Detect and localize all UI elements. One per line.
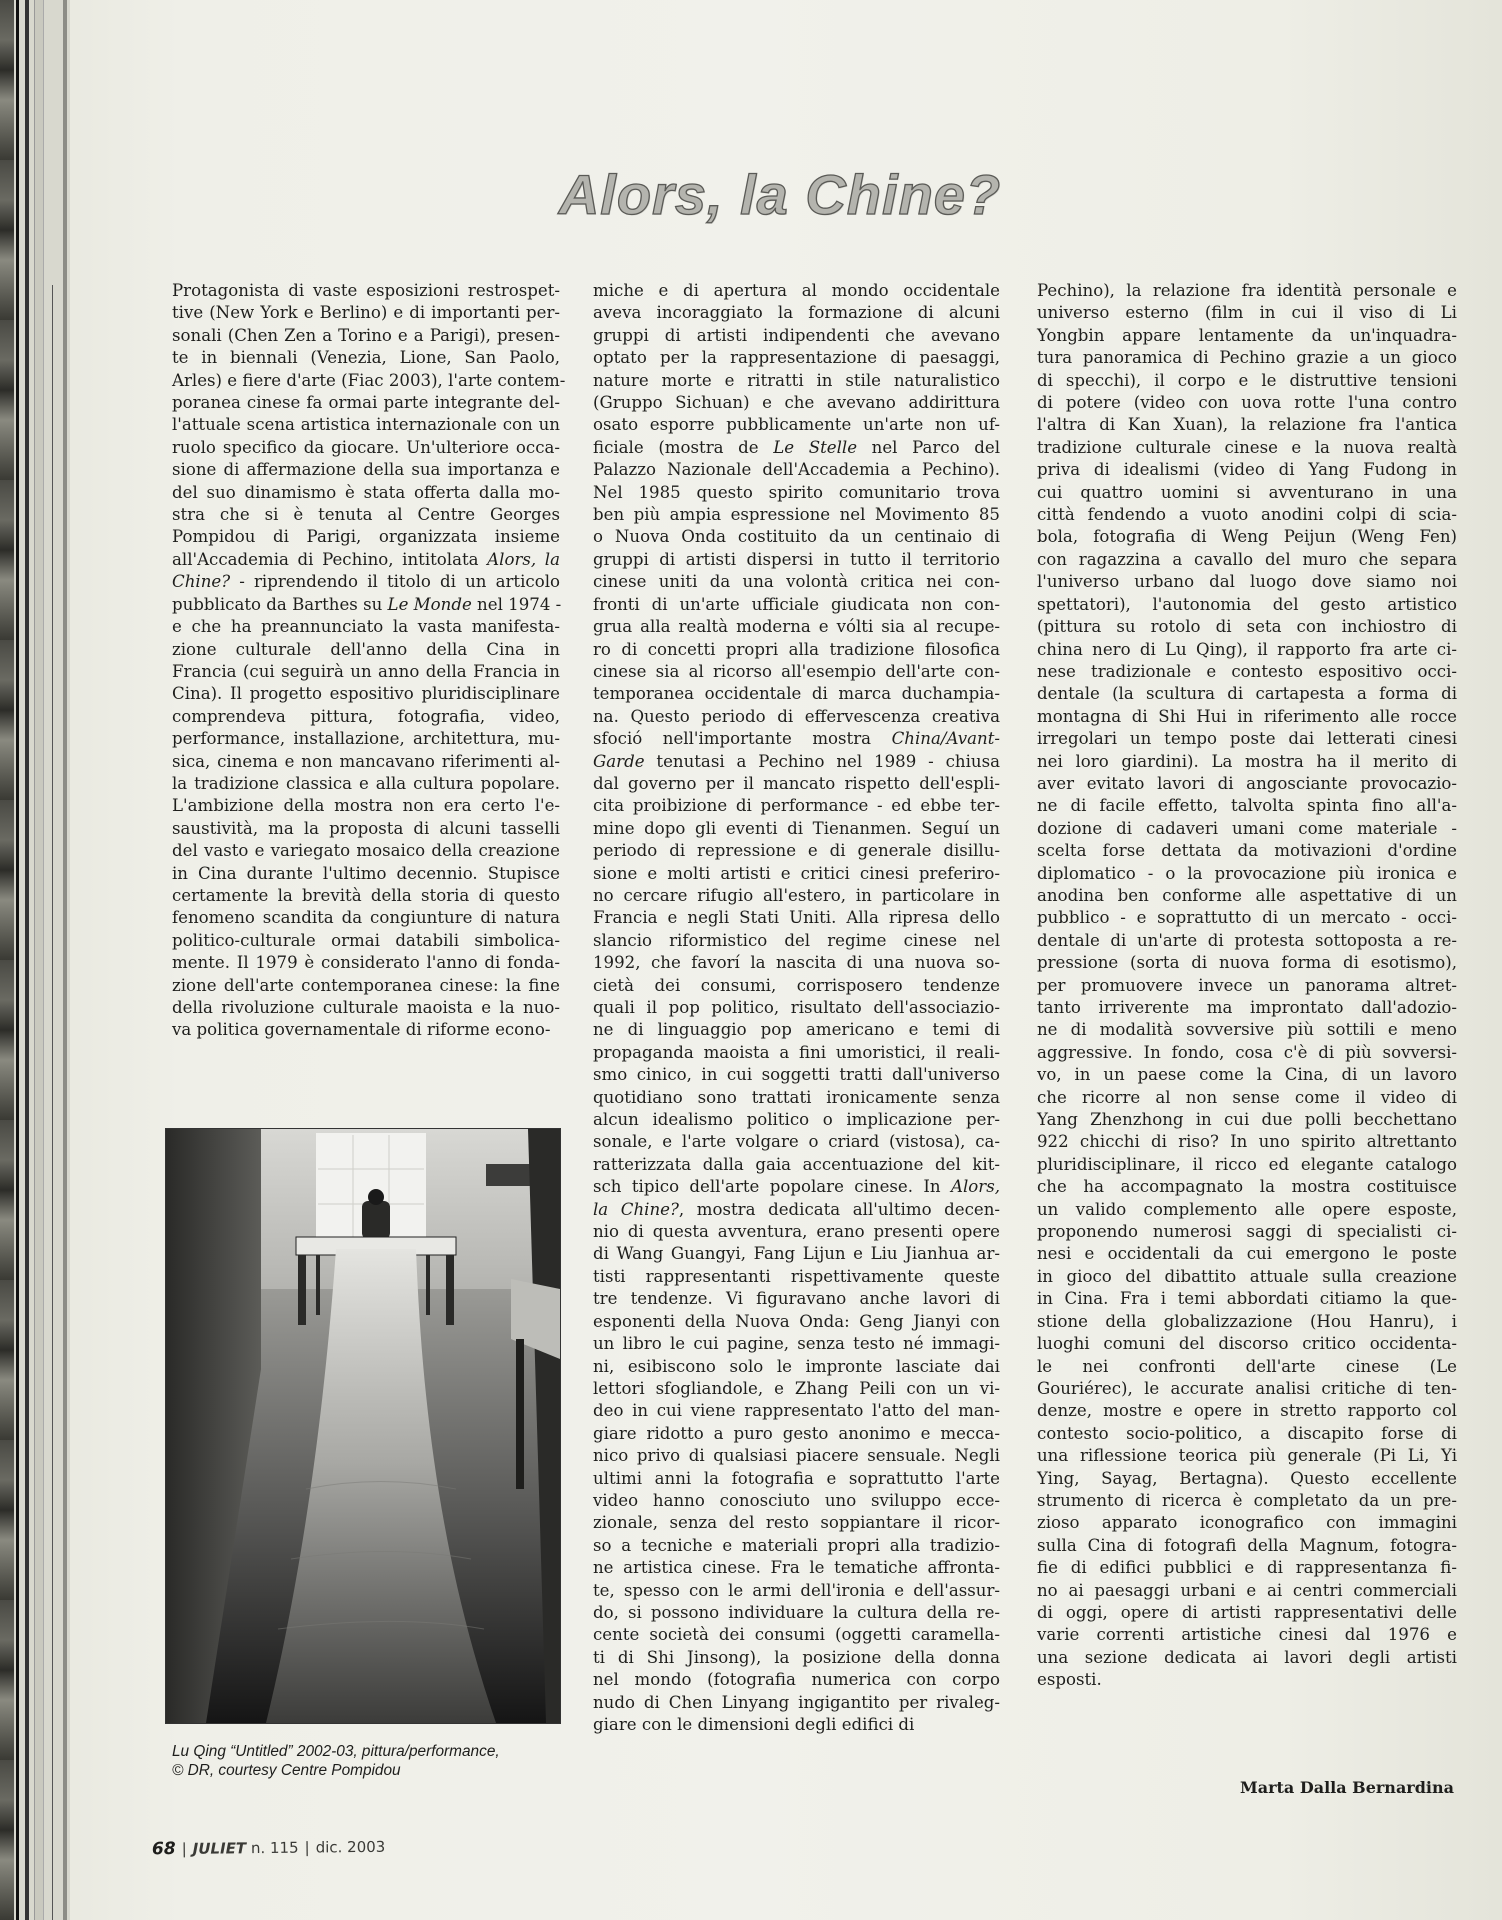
text-line: di specchi), il corpo e le distruttive t… — [1037, 370, 1457, 392]
text-line: tre tendenze. Vi figuravano anche lavori… — [593, 1288, 1000, 1310]
text-line: pluridisciplinare, il ricco ed elegante … — [1037, 1154, 1457, 1176]
caption-line-2: © DR, courtesy Centre Pompidou — [172, 1761, 572, 1780]
text-line: all'Accademia di Pechino, intitolata Alo… — [172, 549, 560, 571]
text-line: mine dopo gli eventi di Tienanmen. Seguí… — [593, 818, 1000, 840]
text-line: Arles) e fiere d'arte (Fiac 2003), l'art… — [172, 370, 560, 392]
text-line: propaganda maoista a fini umoristici, il… — [593, 1042, 1000, 1064]
text-line: ne di facile effetto, talvolta spinta fi… — [1037, 795, 1457, 817]
text-line: la Chine?, mostra dedicata all'ultimo de… — [593, 1199, 1000, 1221]
text-line: certamente la brevità della storia di qu… — [172, 885, 560, 907]
text-line: esposti. — [1037, 1669, 1457, 1691]
text-line: do, si possono individuare la cultura de… — [593, 1602, 1000, 1624]
page-number: 68 — [152, 1839, 176, 1859]
text-line: spettatori), l'autonomia del gesto artis… — [1037, 594, 1457, 616]
article-title: Alors, la Chine? — [470, 162, 1090, 227]
text-line: ne artistica cinese. Fra le tematiche af… — [593, 1557, 1000, 1579]
text-line: una sezione dedicata ai lavori degli art… — [1037, 1647, 1457, 1669]
text-line: diplomatico - o la provocazione più iron… — [1037, 863, 1457, 885]
text-line: aver evitato lavori di angosciante provo… — [1037, 773, 1457, 795]
text-line: no ai paesaggi urbani e ai centri commer… — [1037, 1580, 1457, 1602]
text-line: (Gruppo Sichuan) e che avevano addirittu… — [593, 392, 1000, 414]
text-line: montagna di Shi Hui in riferimento alle … — [1037, 706, 1457, 728]
text-line: performance, installazione, architettura… — [172, 728, 560, 750]
text-line: nei loro giardini). La mostra ha il meri… — [1037, 751, 1457, 773]
text-line: va politica governamentale di riforme ec… — [172, 1019, 560, 1041]
text-line: Protagonista di vaste esposizioni restro… — [172, 280, 560, 302]
text-line: Ying, Sayag, Bertagna). Questo eccellent… — [1037, 1468, 1457, 1490]
text-line: aveva incoraggiato la formazione di alcu… — [593, 302, 1000, 324]
text-line: Nel 1985 questo spirito comunitario trov… — [593, 482, 1000, 504]
text-line: sfoció nell'importante mostra China/Avan… — [593, 728, 1000, 750]
text-line: giare ridotto a puro gesto anonimo e mec… — [593, 1423, 1000, 1445]
text-line: che ha accompagnato la mostra costituisc… — [1037, 1176, 1457, 1198]
text-line: nico privo di qualsiasi piacere sensuale… — [593, 1445, 1000, 1467]
text-line: fronti di un'arte ufficiale giudicata no… — [593, 594, 1000, 616]
text-line: nudo di Chen Linyang ingigantito per riv… — [593, 1692, 1000, 1714]
text-line: deo in cui viene rappresentato l'atto de… — [593, 1400, 1000, 1422]
text-line: Chine? - riprendendo il titolo di un art… — [172, 571, 560, 593]
text-line: cinese uniti da una volontà critica nei … — [593, 571, 1000, 593]
text-line: l'universo urbano dal luogo dove siamo n… — [1037, 571, 1457, 593]
text-line: Francia (cui seguirà un anno della Franc… — [172, 661, 560, 683]
text-line: ti di Shi Jinsong), la posizione della d… — [593, 1647, 1000, 1669]
text-line: fie di edifici pubblici e di rappresenta… — [1037, 1557, 1457, 1579]
page-footer: 68|JULIET n. 115|dic. 2003 — [152, 1837, 386, 1859]
text-line: zione dell'arte contemporanea cinese: la… — [172, 975, 560, 997]
text-line: anodina ben conforme alle aspettative di… — [1037, 885, 1457, 907]
text-line: poranea cinese fa ormai parte integrante… — [172, 392, 560, 414]
text-line: te, spesso con le armi dell'ironia e del… — [593, 1580, 1000, 1602]
text-line: pubblicato da Barthes su Le Monde nel 19… — [172, 594, 560, 616]
text-line: periodo di repressione e di generale dis… — [593, 840, 1000, 862]
text-line: l'altra di Kan Xuan), la relazione fra l… — [1037, 414, 1457, 436]
article-column-2: miche e di apertura al mondo occidentale… — [593, 280, 1000, 1736]
text-line: ratterizzata dalla gaia accentuazione de… — [593, 1154, 1000, 1176]
text-line: politico-culturale ormai databili simbol… — [172, 930, 560, 952]
text-line: Yongbin appare lentamente da un'inquadra… — [1037, 325, 1457, 347]
text-line: scelta forse dettata da motivazioni d'or… — [1037, 840, 1457, 862]
text-line: universo esterno (film in cui il viso di… — [1037, 302, 1457, 324]
text-line: dal governo per il mancato rispetto dell… — [593, 773, 1000, 795]
text-line: Palazzo Nazionale dell'Accademia a Pechi… — [593, 459, 1000, 481]
text-line: di potere (video con uova rotte l'una co… — [1037, 392, 1457, 414]
text-line: smo cinico, in cui soggetti tratti dall'… — [593, 1064, 1000, 1086]
text-line: tradizione culturale cinese e la nuova r… — [1037, 437, 1457, 459]
article-column-3: Pechino), la relazione fra identità pers… — [1037, 280, 1457, 1692]
text-line: con ragazzina a cavallo del muro che sep… — [1037, 549, 1457, 571]
text-line: cente società dei consumi (oggetti caram… — [593, 1624, 1000, 1646]
text-line: dozione di cadaveri umani come materiale… — [1037, 818, 1457, 840]
text-line: dentale di un'arte di protesta sottopost… — [1037, 930, 1457, 952]
text-line: del suo dinamismo è stata offerta dalla … — [172, 482, 560, 504]
text-line: nel mondo (fotografia numerica con corpo — [593, 1669, 1000, 1691]
text-line: o Nuova Onda costituito da un centinaio … — [593, 526, 1000, 548]
text-line: miche e di apertura al mondo occidentale — [593, 280, 1000, 302]
text-line: cietà dei consumi, corrisposero tendenze — [593, 975, 1000, 997]
text-line: cita proibizione di performance - ed ebb… — [593, 795, 1000, 817]
text-line: tisti rappresentanti rispettivamente que… — [593, 1266, 1000, 1288]
text-line: ruolo specifico da giocare. Un'ulteriore… — [172, 437, 560, 459]
text-line: te in biennali (Venezia, Lione, San Paol… — [172, 347, 560, 369]
text-line: ficiale (mostra de Le Stelle nel Parco d… — [593, 437, 1000, 459]
text-line: nese tradizionale e contesto espositivo … — [1037, 661, 1457, 683]
text-line: giare con le dimensioni degli edifici di — [593, 1714, 1000, 1736]
text-line: la tradizione classica e alla cultura po… — [172, 773, 560, 795]
text-line: sulla Cina di fotografi della Magnum, fo… — [1037, 1535, 1457, 1557]
text-line: zione culturale dell'anno della Cina in — [172, 639, 560, 661]
text-line: na. Questo periodo di effervescenza crea… — [593, 706, 1000, 728]
text-line: grua alla realtà moderna e vólti sia al … — [593, 616, 1000, 638]
text-line: in Cina durante l'ultimo decennio. Stupi… — [172, 863, 560, 885]
text-line: 1992, che favorí la nascita di una nuova… — [593, 952, 1000, 974]
text-line: dentale (la scultura di cartapesta a for… — [1037, 683, 1457, 705]
text-line: quali il pop politico, risultato dell'as… — [593, 997, 1000, 1019]
text-line: proponendo numerosi saggi di specialisti… — [1037, 1221, 1457, 1243]
text-line: strumento di ricerca è completato da un … — [1037, 1490, 1457, 1512]
text-line: l'attuale scena artistica internazionale… — [172, 414, 560, 436]
text-line: irregolari un tempo poste dai letterati … — [1037, 728, 1457, 750]
text-line: una riflessione teorica più generale (Pi… — [1037, 1445, 1457, 1467]
text-line: ben più ampia espressione nel Movimento … — [593, 504, 1000, 526]
text-line: nature morte e ritratti in stile natural… — [593, 370, 1000, 392]
text-line: ne di linguaggio pop americano e temi di — [593, 1019, 1000, 1041]
text-line: Pompidou di Parigi, organizzata insieme — [172, 526, 560, 548]
text-line: mente. Il 1979 è considerato l'anno di f… — [172, 952, 560, 974]
caption-line-1: Lu Qing “Untitled” 2002-03, pittura/perf… — [172, 1742, 572, 1761]
magazine-page: Alors, la Chine? Protagonista di vaste e… — [0, 0, 1502, 1920]
text-line: della rivoluzione culturale maoista e la… — [172, 997, 560, 1019]
photo-scroll-room-image — [166, 1129, 560, 1723]
text-line: fenomeno scandita da congiunture di natu… — [172, 907, 560, 929]
text-line: di Wang Guangyi, Fang Lijun e Liu Jianhu… — [593, 1243, 1000, 1265]
text-line: cinese sia al ricorso all'esempio dell'a… — [593, 661, 1000, 683]
text-line: luoghi comuni del discorso critico occid… — [1037, 1333, 1457, 1355]
text-line: alcun idealismo politico o implicazione … — [593, 1109, 1000, 1131]
artwork-photo — [165, 1128, 561, 1724]
text-line: sione di affermazione della sua importan… — [172, 459, 560, 481]
text-line: stra che si è tenuta al Centre Georges — [172, 504, 560, 526]
text-line: tanto irriverente ma improntato dall'ado… — [1037, 997, 1457, 1019]
book-binding-edge — [0, 0, 70, 1920]
text-line: saustività, ma la proposta di alcuni tas… — [172, 818, 560, 840]
text-line: optato per la rappresentazione di paesag… — [593, 347, 1000, 369]
text-line: e che ha preannunciato la vasta manifest… — [172, 616, 560, 638]
text-line: Cina). Il progetto espositivo pluridisci… — [172, 683, 560, 705]
issue-number: n. 115 — [251, 1839, 299, 1857]
photo-caption: Lu Qing “Untitled” 2002-03, pittura/perf… — [172, 1742, 572, 1780]
text-line: sonale, e l'arte volgare o criard (visto… — [593, 1131, 1000, 1153]
text-line: denze, mostre e opere in stretto rapport… — [1037, 1400, 1457, 1422]
text-line: temporanea occidentale di marca duchampi… — [593, 683, 1000, 705]
text-line: sonali (Chen Zen a Torino e a Parigi), p… — [172, 325, 560, 347]
text-line: città fendendo a vuoto anodini colpi di … — [1037, 504, 1457, 526]
text-line: nio di questa avventura, erano presenti … — [593, 1221, 1000, 1243]
text-line: Pechino), la relazione fra identità pers… — [1037, 280, 1457, 302]
text-line: di oggi, opere di artisti rappresentativ… — [1037, 1602, 1457, 1624]
text-line: Yang Zhenzhong in cui due polli becchett… — [1037, 1109, 1457, 1131]
text-line: sione e molti artisti e critici cinesi p… — [593, 863, 1000, 885]
footer-separator: | — [304, 1839, 309, 1857]
text-line: Gouriérec), le accurate analisi critiche… — [1037, 1378, 1457, 1400]
text-line: sica, cinema e non mancavano riferimenti… — [172, 751, 560, 773]
text-line: 922 chicchi di riso? In uno spirito altr… — [1037, 1131, 1457, 1153]
magazine-name: JULIET — [193, 1839, 247, 1858]
text-line: gruppi di artisti indipendenti che aveva… — [593, 325, 1000, 347]
text-line: video hanno conosciuto uno sviluppo ecce… — [593, 1490, 1000, 1512]
author-byline: Marta Dalla Bernardina — [1240, 1778, 1454, 1797]
text-line: comprendeva pittura, fotografia, video, — [172, 706, 560, 728]
footer-separator: | — [182, 1840, 187, 1858]
text-line: vo, in un paese come la Cina, di un lavo… — [1037, 1064, 1457, 1086]
text-line: per promuovere invece un panorama altret… — [1037, 975, 1457, 997]
text-line: tura panoramica di Pechino grazie a un g… — [1037, 347, 1457, 369]
text-line: osato esporre pubblicamente un'arte non … — [593, 414, 1000, 436]
text-line: nesi e occidentali da cui emergono le po… — [1037, 1243, 1457, 1265]
text-line: ni, esibiscono solo le impronte lasciate… — [593, 1356, 1000, 1378]
text-line: Garde tenutasi a Pechino nel 1989 - chiu… — [593, 751, 1000, 773]
text-line: ne di modalità sovversive più sottili e … — [1037, 1019, 1457, 1041]
text-line: priva di idealismi (video di Yang Fudong… — [1037, 459, 1457, 481]
text-line: china nero di Lu Qing), il rapporto fra … — [1037, 639, 1457, 661]
text-line: stione della globalizzazione (Hou Hanru)… — [1037, 1311, 1457, 1333]
text-line: in Cina. Fra i temi abbordati citiamo la… — [1037, 1288, 1457, 1310]
text-line: varie correnti artistiche cinesi dal 197… — [1037, 1624, 1457, 1646]
text-line: zioso apparato iconografico con immagini — [1037, 1512, 1457, 1534]
text-line: slancio riformistico del regime cinese n… — [593, 930, 1000, 952]
text-line: pressione (sorta di nuova forma di esoti… — [1037, 952, 1457, 974]
text-line: zionale, senza del resto soppiantare il … — [593, 1512, 1000, 1534]
text-line: no cercare rifugio all'estero, in partic… — [593, 885, 1000, 907]
text-line: un libro le cui pagine, senza testo né i… — [593, 1333, 1000, 1355]
text-line: del vasto e variegato mosaico della crea… — [172, 840, 560, 862]
text-line: (pittura su rotolo di seta con inchiostr… — [1037, 616, 1457, 638]
issue-date: dic. 2003 — [316, 1838, 386, 1857]
text-line: ro di concetti propri alla tradizione fi… — [593, 639, 1000, 661]
text-line: tive (New York e Berlino) e di important… — [172, 302, 560, 324]
text-line: Francia e negli Stati Uniti. Alla ripres… — [593, 907, 1000, 929]
text-line: in gioco del dibattito attuale sulla cre… — [1037, 1266, 1457, 1288]
text-line: gruppi di artisti dispersi in tutto il t… — [593, 549, 1000, 571]
text-line: L'ambizione della mostra non era certo l… — [172, 795, 560, 817]
text-line: bola, fotografia di Weng Peijun (Weng Fe… — [1037, 526, 1457, 548]
text-line: aggressive. In fondo, cosa c'è di più so… — [1037, 1042, 1457, 1064]
text-line: so a tecniche e materiali propri alla tr… — [593, 1535, 1000, 1557]
text-line: contesto socio-politico, a discapito for… — [1037, 1423, 1457, 1445]
text-line: le nei confronti dell'arte cinese (Le — [1037, 1356, 1457, 1378]
text-line: ultimi anni la fotografia e soprattutto … — [593, 1468, 1000, 1490]
text-line: sch tipico dell'arte popolare cinese. In… — [593, 1176, 1000, 1198]
text-line: lettori sfogliandole, e Zhang Peili con … — [593, 1378, 1000, 1400]
article-column-1: Protagonista di vaste esposizioni restro… — [172, 280, 560, 1042]
text-line: che ricorre al non sense come il video d… — [1037, 1087, 1457, 1109]
text-line: cui quattro uomini si avventurano in una — [1037, 482, 1457, 504]
text-line: pubblico - e soprattutto di un mercato -… — [1037, 907, 1457, 929]
text-line: un valido complemento alle opere esposte… — [1037, 1199, 1457, 1221]
text-line: quotidiano sono trattati ironicamente se… — [593, 1087, 1000, 1109]
text-line: esponenti della Nuova Onda: Geng Jianyi … — [593, 1311, 1000, 1333]
